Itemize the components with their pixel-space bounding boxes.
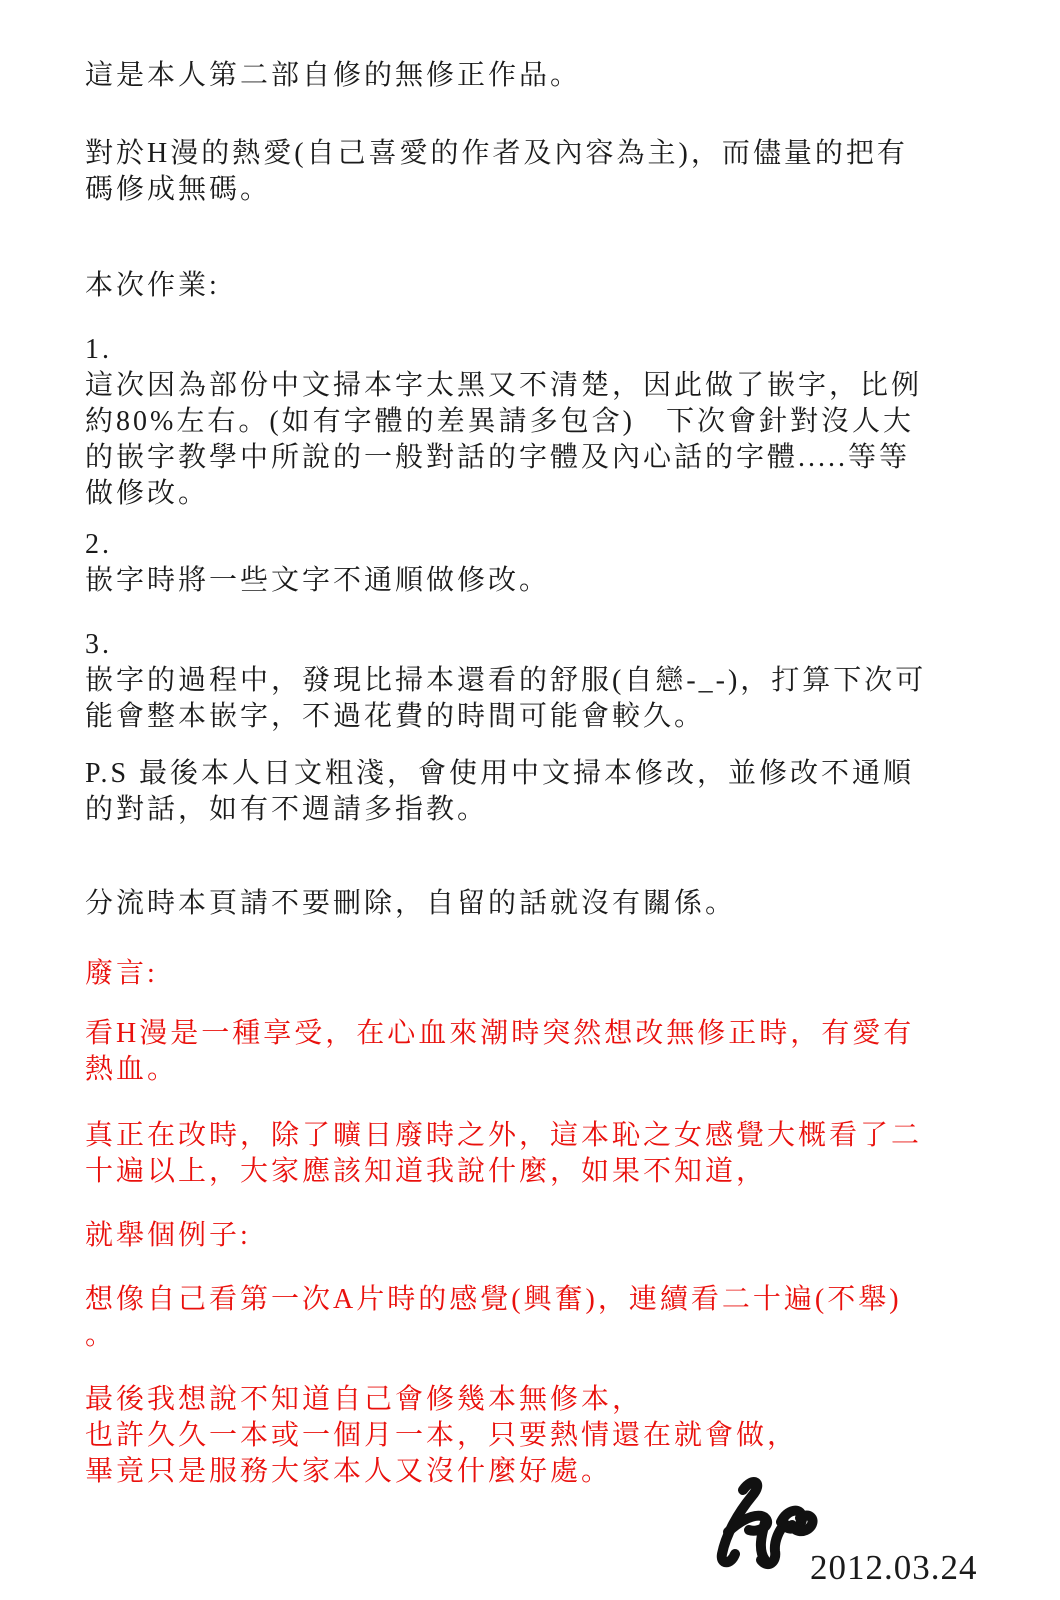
text-line: 的對話，如有不週請多指教。 xyxy=(85,792,914,828)
rant-example-paragraph: 想像自己看第一次A片時的感覺(興奮)，連續看二十遍(不舉)。 xyxy=(85,1282,902,1354)
h-manga-love-paragraph: 對於H漫的熱愛(自己喜愛的作者及內容為主)，而儘量的把有碼修成無碼。 xyxy=(85,136,908,208)
text-line: 對於H漫的熱愛(自己喜愛的作者及內容為主)，而儘量的把有 xyxy=(85,136,908,172)
text-line: 2. xyxy=(85,527,550,563)
rant-passion-paragraph: 看H漫是一種享受，在心血來潮時突然想改無修正時，有愛有熱血。 xyxy=(85,1016,914,1088)
text-line: 。 xyxy=(85,1318,902,1354)
text-line: 最後我想說不知道自己會修幾本無修本， xyxy=(85,1382,798,1418)
text-line: 約80%左右。(如有字體的差異請多包含) 下次會針對沒人大 xyxy=(85,404,922,440)
text-line: 1. xyxy=(85,332,922,368)
rant-rereading-paragraph: 真正在改時，除了曠日廢時之外，這本恥之女感覺大概看了二十遍以上，大家應該知道我說… xyxy=(85,1118,922,1190)
text-line: 就舉個例子: xyxy=(85,1218,251,1254)
text-line: 看H漫是一種享受，在心血來潮時突然想改無修正時，有愛有 xyxy=(85,1016,914,1052)
work-item-1-paragraph: 1.這次因為部份中文掃本字太黑又不清楚，因此做了嵌字，比例約80%左右。(如有字… xyxy=(85,332,922,512)
rant-example-title-paragraph: 就舉個例子: xyxy=(85,1218,251,1254)
text-line: 十遍以上，大家應該知道我說什麼，如果不知道， xyxy=(85,1154,922,1190)
text-line: 嵌字時將一些文字不通順做修改。 xyxy=(85,563,550,599)
text-line: P.S 最後本人日文粗淺，會使用中文掃本修改，並修改不通順 xyxy=(85,756,914,792)
section-title-paragraph: 本次作業: xyxy=(85,268,220,304)
text-line: 這是本人第二部自修的無修正作品。 xyxy=(85,58,581,94)
sharing-note-paragraph: 分流時本頁請不要刪除，自留的話就沒有關係。 xyxy=(85,886,736,922)
work-item-2-paragraph: 2.嵌字時將一些文字不通順做修改。 xyxy=(85,527,550,599)
text-line: 碼修成無碼。 xyxy=(85,172,908,208)
signature-icon xyxy=(705,1474,827,1570)
work-item-3-paragraph: 3.嵌字的過程中，發現比掃本還看的舒服(自戀-_-)，打算下次可能會整本嵌字，不… xyxy=(85,627,926,735)
text-line: 做修改。 xyxy=(85,476,922,512)
text-line: 嵌字的過程中，發現比掃本還看的舒服(自戀-_-)，打算下次可 xyxy=(85,663,926,699)
rant-closing-paragraph: 最後我想說不知道自己會修幾本無修本，也許久久一本或一個月一本，只要熱情還在就會做… xyxy=(85,1382,798,1490)
text-line: 的嵌字教學中所說的一般對話的字體及內心話的字體.....等等 xyxy=(85,440,922,476)
text-line: 熱血。 xyxy=(85,1052,914,1088)
rant-title-paragraph: 廢言: xyxy=(85,956,158,992)
intro-paragraph: 這是本人第二部自修的無修正作品。 xyxy=(85,58,581,94)
text-line: 這次因為部份中文掃本字太黑又不清楚，因此做了嵌字，比例 xyxy=(85,368,922,404)
text-line: 也許久久一本或一個月一本，只要熱情還在就會做， xyxy=(85,1418,798,1454)
date-stamp: 2012.03.24 xyxy=(810,1548,1000,1588)
text-line: 想像自己看第一次A片時的感覺(興奮)，連續看二十遍(不舉) xyxy=(85,1282,902,1318)
text-line: 畢竟只是服務大家本人又沒什麼好處。 xyxy=(85,1454,798,1490)
text-line: 3. xyxy=(85,627,926,663)
text-line: 本次作業: xyxy=(85,268,220,304)
postscript-paragraph: P.S 最後本人日文粗淺，會使用中文掃本修改，並修改不通順的對話，如有不週請多指… xyxy=(85,756,914,828)
text-line: 廢言: xyxy=(85,956,158,992)
document-page: 最後我想說不知道自己會修幾本無修本，也許久久一本或一個月一本，只要熱情還在就會做… xyxy=(0,0,1060,1600)
text-line: 真正在改時，除了曠日廢時之外，這本恥之女感覺大概看了二 xyxy=(85,1118,922,1154)
text-line: 分流時本頁請不要刪除，自留的話就沒有關係。 xyxy=(85,886,736,922)
text-line: 能會整本嵌字，不過花費的時間可能會較久。 xyxy=(85,699,926,735)
